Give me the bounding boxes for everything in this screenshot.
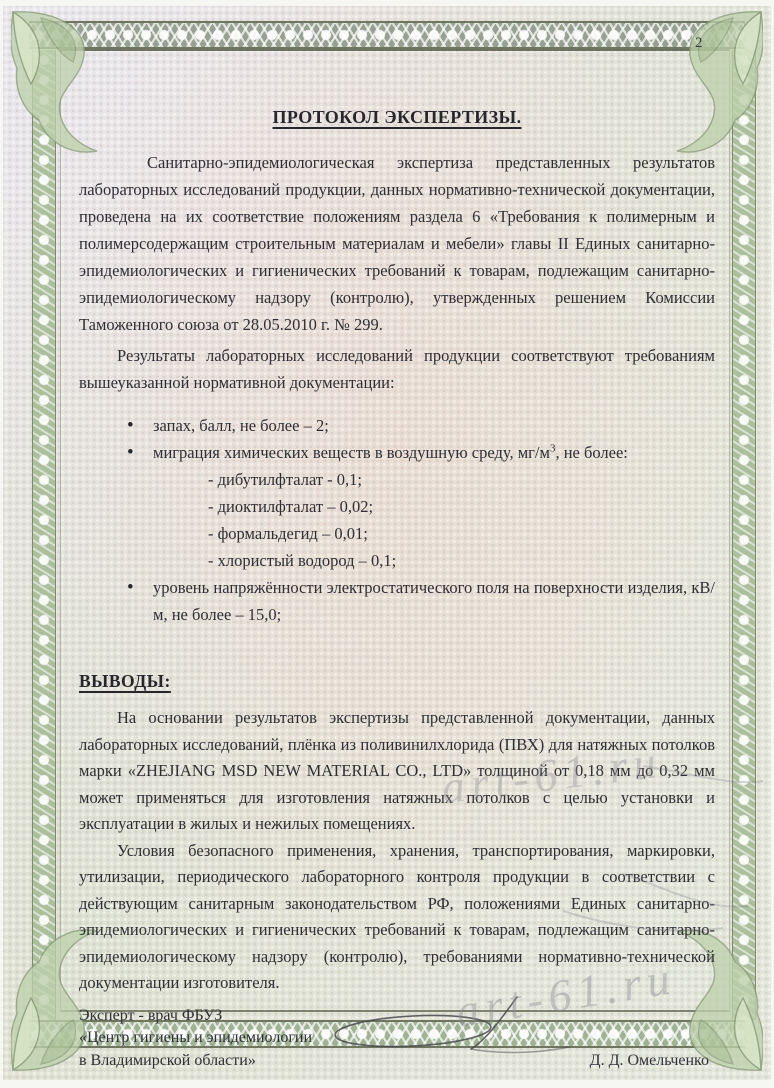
scanned-certificate-page: 2 ПРОТОКОЛ ЭКСПЕРТИЗЫ. Санитарно-эпидеми… [3, 6, 771, 1080]
sub-item-hydrogen-chloride: - хлористый водород – 0,1; [208, 547, 715, 574]
bullet-text: запах, балл, не более – 2; [153, 416, 329, 435]
sub-item-dibutyl-phthalate: - дибутилфталат - 0,1; [208, 466, 715, 493]
border-band-left [32, 50, 56, 1020]
conclusion-paragraph-2: Условия безопасного применения, хранения… [79, 838, 715, 997]
conclusions-heading: ВЫВОДЫ: [79, 668, 715, 695]
bullet-item-migration: миграция химических веществ в воздушную … [125, 439, 715, 574]
document-body: ПРОТОКОЛ ЭКСПЕРТИЗЫ. Санитарно-эпидемиол… [79, 104, 715, 1072]
results-paragraph: Результаты лабораторных исследований про… [79, 342, 715, 396]
bullet-text: уровень напряжённости электростатическог… [153, 578, 715, 624]
page-title: ПРОТОКОЛ ЭКСПЕРТИЗЫ. [79, 104, 715, 131]
bullet-text-tail: , не более: [555, 443, 627, 462]
results-bullet-list: запах, балл, не более – 2; миграция хими… [79, 412, 715, 628]
bullet-text: миграция химических веществ в воздушную … [153, 443, 550, 462]
bullet-item-electrostatic-field: уровень напряжённости электростатическог… [125, 574, 715, 628]
sub-item-dioctyl-phthalate: - диоктилфталат – 0,02; [208, 493, 715, 520]
border-band-top [29, 21, 745, 49]
conclusion-paragraph-1: На основании результатов экспертизы пред… [79, 705, 715, 838]
chemicals-sub-list: - дибутилфталат - 0,1; - диоктилфталат –… [208, 466, 715, 574]
bullet-item-odor: запах, балл, не более – 2; [125, 412, 715, 439]
signature-scribble [321, 991, 651, 1079]
page-number: 2 [695, 35, 703, 52]
sub-item-formaldehyde: - формальдегид – 0,01; [208, 520, 715, 547]
border-band-right [732, 50, 756, 1020]
intro-paragraph: Санитарно-эпидемиологическая экспертиза … [79, 149, 715, 338]
signature-block: Эксперт - врач ФБУЗ «Центр гигиены и эпи… [79, 1005, 715, 1073]
